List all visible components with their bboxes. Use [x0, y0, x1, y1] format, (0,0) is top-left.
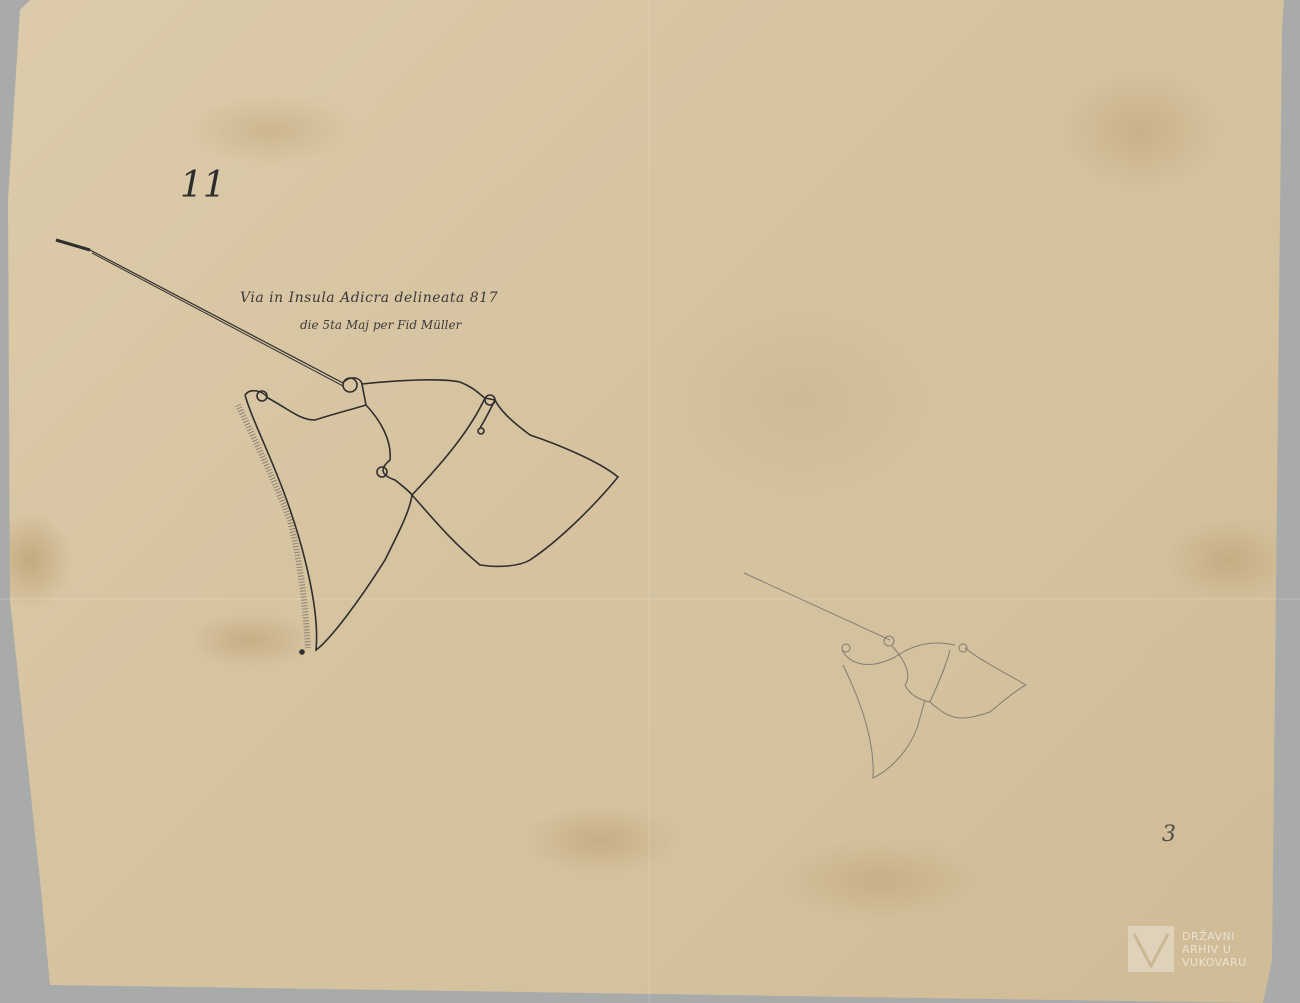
- watermark-line-2: ARHIV U: [1182, 943, 1247, 956]
- shoreline-hatching: [238, 405, 308, 648]
- scale-bar: [56, 240, 343, 386]
- map-drawing: [0, 0, 1300, 1003]
- watermark-line-1: DRŽAVNI: [1182, 930, 1247, 943]
- map-subtitle: die 5ta Maj per Fid Müller: [300, 318, 461, 332]
- archive-watermark: DRŽAVNI ARHIV U VUKOVARU: [1128, 926, 1247, 972]
- corner-mark: 11: [180, 165, 226, 206]
- secondary-road-network: [744, 573, 1026, 778]
- watermark-text: DRŽAVNI ARHIV U VUKOVARU: [1182, 930, 1247, 969]
- archive-v-logo-icon: [1128, 926, 1174, 972]
- page-number-mark: 3: [1162, 822, 1176, 847]
- map-title: Via in Insula Adicra delineata 817: [240, 290, 498, 306]
- watermark-line-3: VUKOVARU: [1182, 956, 1247, 969]
- main-road-network: [245, 378, 618, 654]
